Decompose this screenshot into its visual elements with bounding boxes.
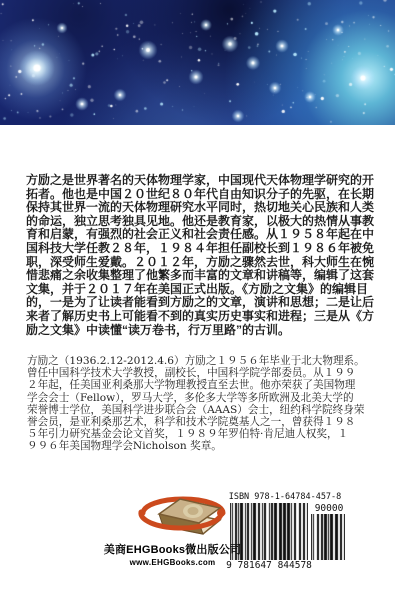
text-line: 荣誉博士学位，美国科学进步联合会（AAAS）会士，纽约科学院终身荣 bbox=[27, 404, 373, 416]
text-line: 惜悲痛之余收集整理了他繁多而丰富的文章和讲稿等，编辑了这套 bbox=[26, 269, 372, 283]
cover-photo-starry-sky bbox=[0, 0, 395, 125]
text-line: 方励之（1936.2.12-2012.4.6）方励之１９５６年毕业于北大物理系。 bbox=[27, 355, 373, 367]
supplement-barcode bbox=[311, 514, 345, 560]
text-line: ５年引力研究基金会论文首奖，１９８９年罗伯特·肯尼迪人权奖，１ bbox=[27, 428, 373, 440]
text-line: 的，一是为了让读者能看到方励之的文章，演讲和思想；二是让后 bbox=[26, 296, 372, 310]
swoosh-tip bbox=[217, 509, 225, 517]
text-line: 来者了解历史书上可能看不到的真实历史事实和进程；三是从《方 bbox=[26, 310, 372, 324]
author-bio-paragraph: 方励之（1936.2.12-2012.4.6）方励之１９５６年毕业于北大物理系。… bbox=[27, 355, 373, 453]
barcode-digits: 9 781647 844578 bbox=[222, 560, 316, 571]
text-line: ２年起，任美国亚利桑那大学物理教授直至去世。他亦荣获了美国物理 bbox=[27, 379, 373, 391]
text-line: 国科技大学任教２８年，１９８４年担任副校长到１９８６年被免 bbox=[26, 242, 372, 256]
book-icon bbox=[133, 480, 229, 540]
barcode-supplement-number: 90000 bbox=[311, 503, 347, 514]
text-line: 誉会员，是亚利桑那艺术，科学和技术学院奠基人之一，曾获得１９８ bbox=[27, 416, 373, 428]
text-line: 方励之是世界著名的天体物理学家，中国现代天体物理学研究的开 bbox=[26, 174, 372, 188]
book-back-cover: 方励之是世界著名的天体物理学家，中国现代天体物理学研究的开拓者。他也是中国２０世… bbox=[0, 0, 395, 593]
isbn-number: ISBN 978-1-64784-457-8 bbox=[227, 492, 343, 502]
text-line: 育和启蒙，有强烈的社会正义和社会责任感。从１９５８年起在中 bbox=[26, 228, 372, 242]
book-description-paragraph: 方励之是世界著名的天体物理学家，中国现代天体物理学研究的开拓者。他也是中国２０世… bbox=[26, 174, 372, 337]
text-line: 学会会士（Fellow），罗马大学，多伦多大学等多所欧洲及北美大学的 bbox=[27, 392, 373, 404]
book-emblem-inner bbox=[188, 507, 199, 515]
starfield-canvas bbox=[0, 0, 395, 125]
ean-barcode bbox=[230, 503, 308, 560]
text-line: 励之文集》中读懂“读万卷书，行万里路”的古训。 bbox=[26, 324, 372, 338]
text-line: ９９６年美国物理学会Nicholson 奖章。 bbox=[27, 440, 373, 452]
text-line: 保持其世界一流的天体物理研究水平同时，热切地关心民族和人类 bbox=[26, 201, 372, 215]
text-line: 曾任中国科学技术大学教授，副校长，中国科学院学部委员。从１９９ bbox=[27, 367, 373, 379]
